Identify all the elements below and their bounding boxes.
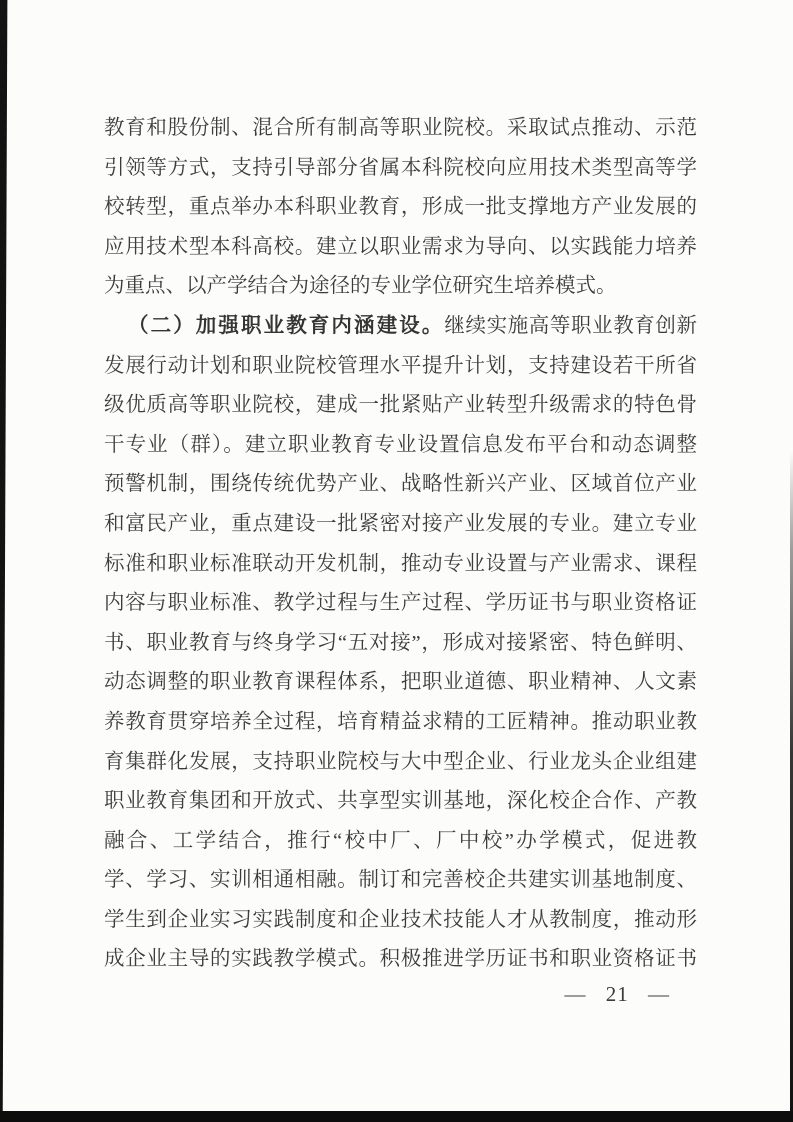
body-line: 育集群化发展，支持职业院校与大中型企业、行业龙头企业组建 <box>104 743 697 783</box>
body-line: 级优质高等职业院校，建成一批紧贴产业转型升级需求的特色骨 <box>104 386 697 426</box>
body-line: 动态调整的职业教育课程体系，把职业道德、职业精神、人文素 <box>104 663 697 703</box>
body-line: （二）加强职业教育内涵建设。继续实施高等职业教育创新 <box>104 307 697 347</box>
scanned-page: 教育和股份制、混合所有制高等职业院校。采取试点推动、示范 引领等方式，支持引导部… <box>0 0 793 1122</box>
body-line: 应用技术型本科高校。建立以职业需求为导向、以实践能力培养 <box>104 228 697 268</box>
body-line: 标准和职业标准联动开发机制，推动专业设置与产业需求、课程 <box>104 545 697 585</box>
body-line: 书、职业教育与终身学习“五对接”，形成对接紧密、特色鲜明、 <box>104 624 697 664</box>
body-line: 预警机制，围绕传统优势产业、战略性新兴产业、区域首位产业 <box>104 465 697 505</box>
body-line: 校转型，重点举办本科职业教育，形成一批支撑地方产业发展的 <box>104 188 697 228</box>
body-line: 教育和股份制、混合所有制高等职业院校。采取试点推动、示范 <box>104 109 697 149</box>
body-line: 学、学习、实训相通相融。制订和完善校企共建实训基地制度、 <box>104 861 697 901</box>
body-line: 学生到企业实习实践制度和企业技术技能人才从教制度，推动形 <box>104 901 697 941</box>
body-line: 职业教育集团和开放式、共享型实训基地，深化校企合作、产教 <box>104 782 697 822</box>
page-number: — 21 — <box>565 974 671 1014</box>
section-heading: （二）加强职业教育内涵建设。 <box>128 315 444 337</box>
body-line: 为重点、以产学结合为途径的专业学位研究生培养模式。 <box>104 267 697 307</box>
scan-edge-bottom <box>0 1111 793 1122</box>
body-line: 养教育贯穿培养全过程，培育精益求精的工匠精神。推动职业教 <box>104 703 697 743</box>
body-line-text: 继续实施高等职业教育创新 <box>444 315 697 337</box>
body-line: 和富民产业，重点建设一批紧密对接产业发展的专业。建立专业 <box>104 505 697 545</box>
body-line: 融合、工学结合，推行“校中厂、厂中校”办学模式，促进教 <box>104 822 697 862</box>
body-line: 内容与职业标准、教学过程与生产过程、学历证书与职业资格证 <box>104 584 697 624</box>
document-body: 教育和股份制、混合所有制高等职业院校。采取试点推动、示范 引领等方式，支持引导部… <box>104 109 697 980</box>
body-line: 发展行动计划和职业院校管理水平提升计划，支持建设若干所省 <box>104 347 697 387</box>
scan-edge-left <box>0 0 9 1122</box>
body-line: 干专业（群）。建立职业教育专业设置信息发布平台和动态调整 <box>104 426 697 466</box>
body-line: 引领等方式，支持引导部分省属本科院校向应用技术类型高等学 <box>104 149 697 189</box>
